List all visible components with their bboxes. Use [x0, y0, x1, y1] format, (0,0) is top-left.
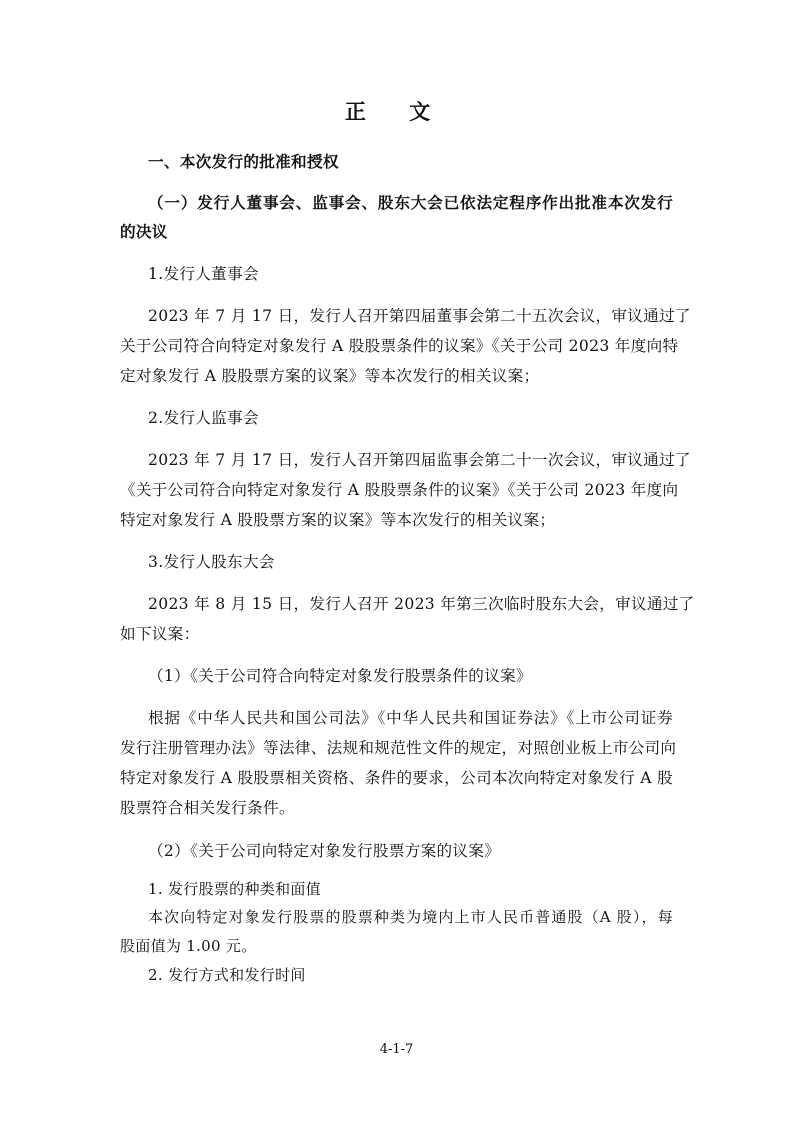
- sub-heading: 1. 发行股票的种类和面值: [148, 878, 321, 899]
- resolution-1-title: （1）《关于公司符合向特定对象发行股票条件的议案》: [148, 664, 532, 686]
- shareholders-heading: 3.发行人股东大会: [148, 550, 275, 572]
- paragraph-line: 2023 年 8 月 15 日，发行人召开 2023 年第三次临时股东大会，审议…: [148, 592, 673, 614]
- section-heading: 一、本次发行的批准和授权: [148, 150, 339, 172]
- paragraph-line: 本次向特定对象发行股票的股票种类为境内上市人民币普通股（A 股），每: [148, 906, 673, 927]
- supervisory-heading: 2.发行人监事会: [148, 406, 259, 428]
- paragraph-line: 发行注册管理办法》等法律、法规和规范性文件的规定，对照创业板上市公司向: [120, 736, 673, 758]
- paragraph-line: 特定对象发行 A 股股票相关资格、条件的要求，公司本次向特定对象发行 A 股: [120, 766, 673, 788]
- page-number: 4-1-7: [0, 1042, 793, 1057]
- paragraph-line: 关于公司符合向特定对象发行 A 股股票条件的议案》《关于公司 2023 年度向特: [120, 334, 673, 356]
- paragraph-line: 股票符合相关发行条件。: [120, 796, 295, 818]
- paragraph-line: 《关于公司符合向特定对象发行 A 股股票条件的议案》《关于公司 2023 年度向: [120, 478, 673, 500]
- paragraph-line: 如下议案：: [120, 622, 199, 644]
- paragraph-line: 根据《中华人民共和国公司法》《中华人民共和国证券法》《上市公司证券: [148, 706, 673, 728]
- sub-heading: 2. 发行方式和发行时间: [148, 964, 306, 985]
- subsection-heading: （一）发行人董事会、监事会、股东大会已依法定程序作出批准本次发行: [148, 191, 673, 213]
- board-heading: 1.发行人董事会: [148, 262, 259, 284]
- paragraph-line: 2023 年 7 月 17 日，发行人召开第四届监事会第二十一次会议，审议通过了: [148, 448, 673, 470]
- paragraph-line: 定对象发行 A 股股票方案的议案》等本次发行的相关议案；: [120, 364, 539, 386]
- paragraph-line: 特定对象发行 A 股股票方案的议案》等本次发行的相关议案；: [120, 508, 555, 530]
- document-page: 正 文 一、本次发行的批准和授权 （一）发行人董事会、监事会、股东大会已依法定程…: [0, 0, 793, 1122]
- paragraph-line: 股面值为 1.00 元。: [120, 935, 257, 956]
- page-title: 正 文: [0, 96, 793, 126]
- paragraph-line: 2023 年 7 月 17 日，发行人召开第四届董事会第二十五次会议，审议通过了: [148, 304, 673, 326]
- subsection-heading-cont: 的决议: [120, 220, 168, 242]
- resolution-2-title: （2）《关于公司向特定对象发行股票方案的议案》: [148, 839, 500, 861]
